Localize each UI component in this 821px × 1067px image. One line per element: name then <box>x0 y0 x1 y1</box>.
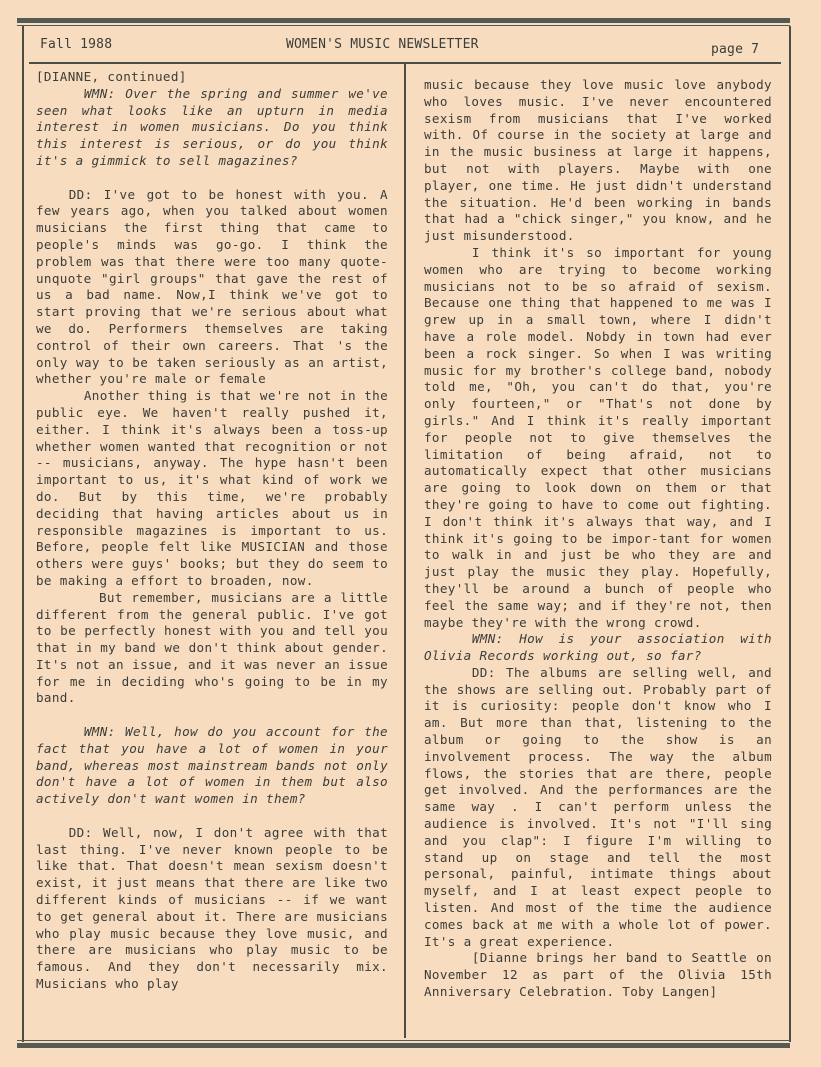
continued-label: [DIANNE, continued] <box>36 69 388 86</box>
interview-answer: DD: Well, now, I don't agree with that l… <box>36 825 388 993</box>
issue-date: Fall 1988 <box>40 37 112 52</box>
left-column: [DIANNE, continued] WMN: Over the spring… <box>36 69 388 993</box>
right-border <box>789 26 791 1042</box>
newsletter-title: WOMEN'S MUSIC NEWSLETTER <box>286 37 479 52</box>
page-number: page 7 <box>711 42 759 57</box>
column-divider <box>404 64 406 1038</box>
top-thin-rule <box>17 25 790 26</box>
interview-answer: But remember, musicians are a little dif… <box>36 590 388 708</box>
interview-answer: DD: The albums are selling well, and the… <box>424 665 772 951</box>
left-border <box>22 26 24 1042</box>
interview-answer: I think it's so important for young wome… <box>424 245 772 631</box>
bottom-thin-rule <box>17 1040 790 1041</box>
interview-question: WMN: How is your association with Olivia… <box>424 631 772 665</box>
interview-answer: DD: I've got to be honest with you. A fe… <box>36 187 388 389</box>
interview-question: WMN: Over the spring and summer we've se… <box>36 86 388 170</box>
right-column: music because they love music love anybo… <box>424 77 772 1001</box>
top-thick-rule <box>17 18 790 23</box>
interview-question: WMN: Well, how do you account for the fa… <box>36 724 388 808</box>
editor-note: [Dianne brings her band to Seattle on No… <box>424 950 772 1000</box>
interview-answer: Another thing is that we're not in the p… <box>36 388 388 590</box>
bottom-thick-rule <box>17 1043 790 1048</box>
interview-answer: music because they love music love anybo… <box>424 77 772 245</box>
